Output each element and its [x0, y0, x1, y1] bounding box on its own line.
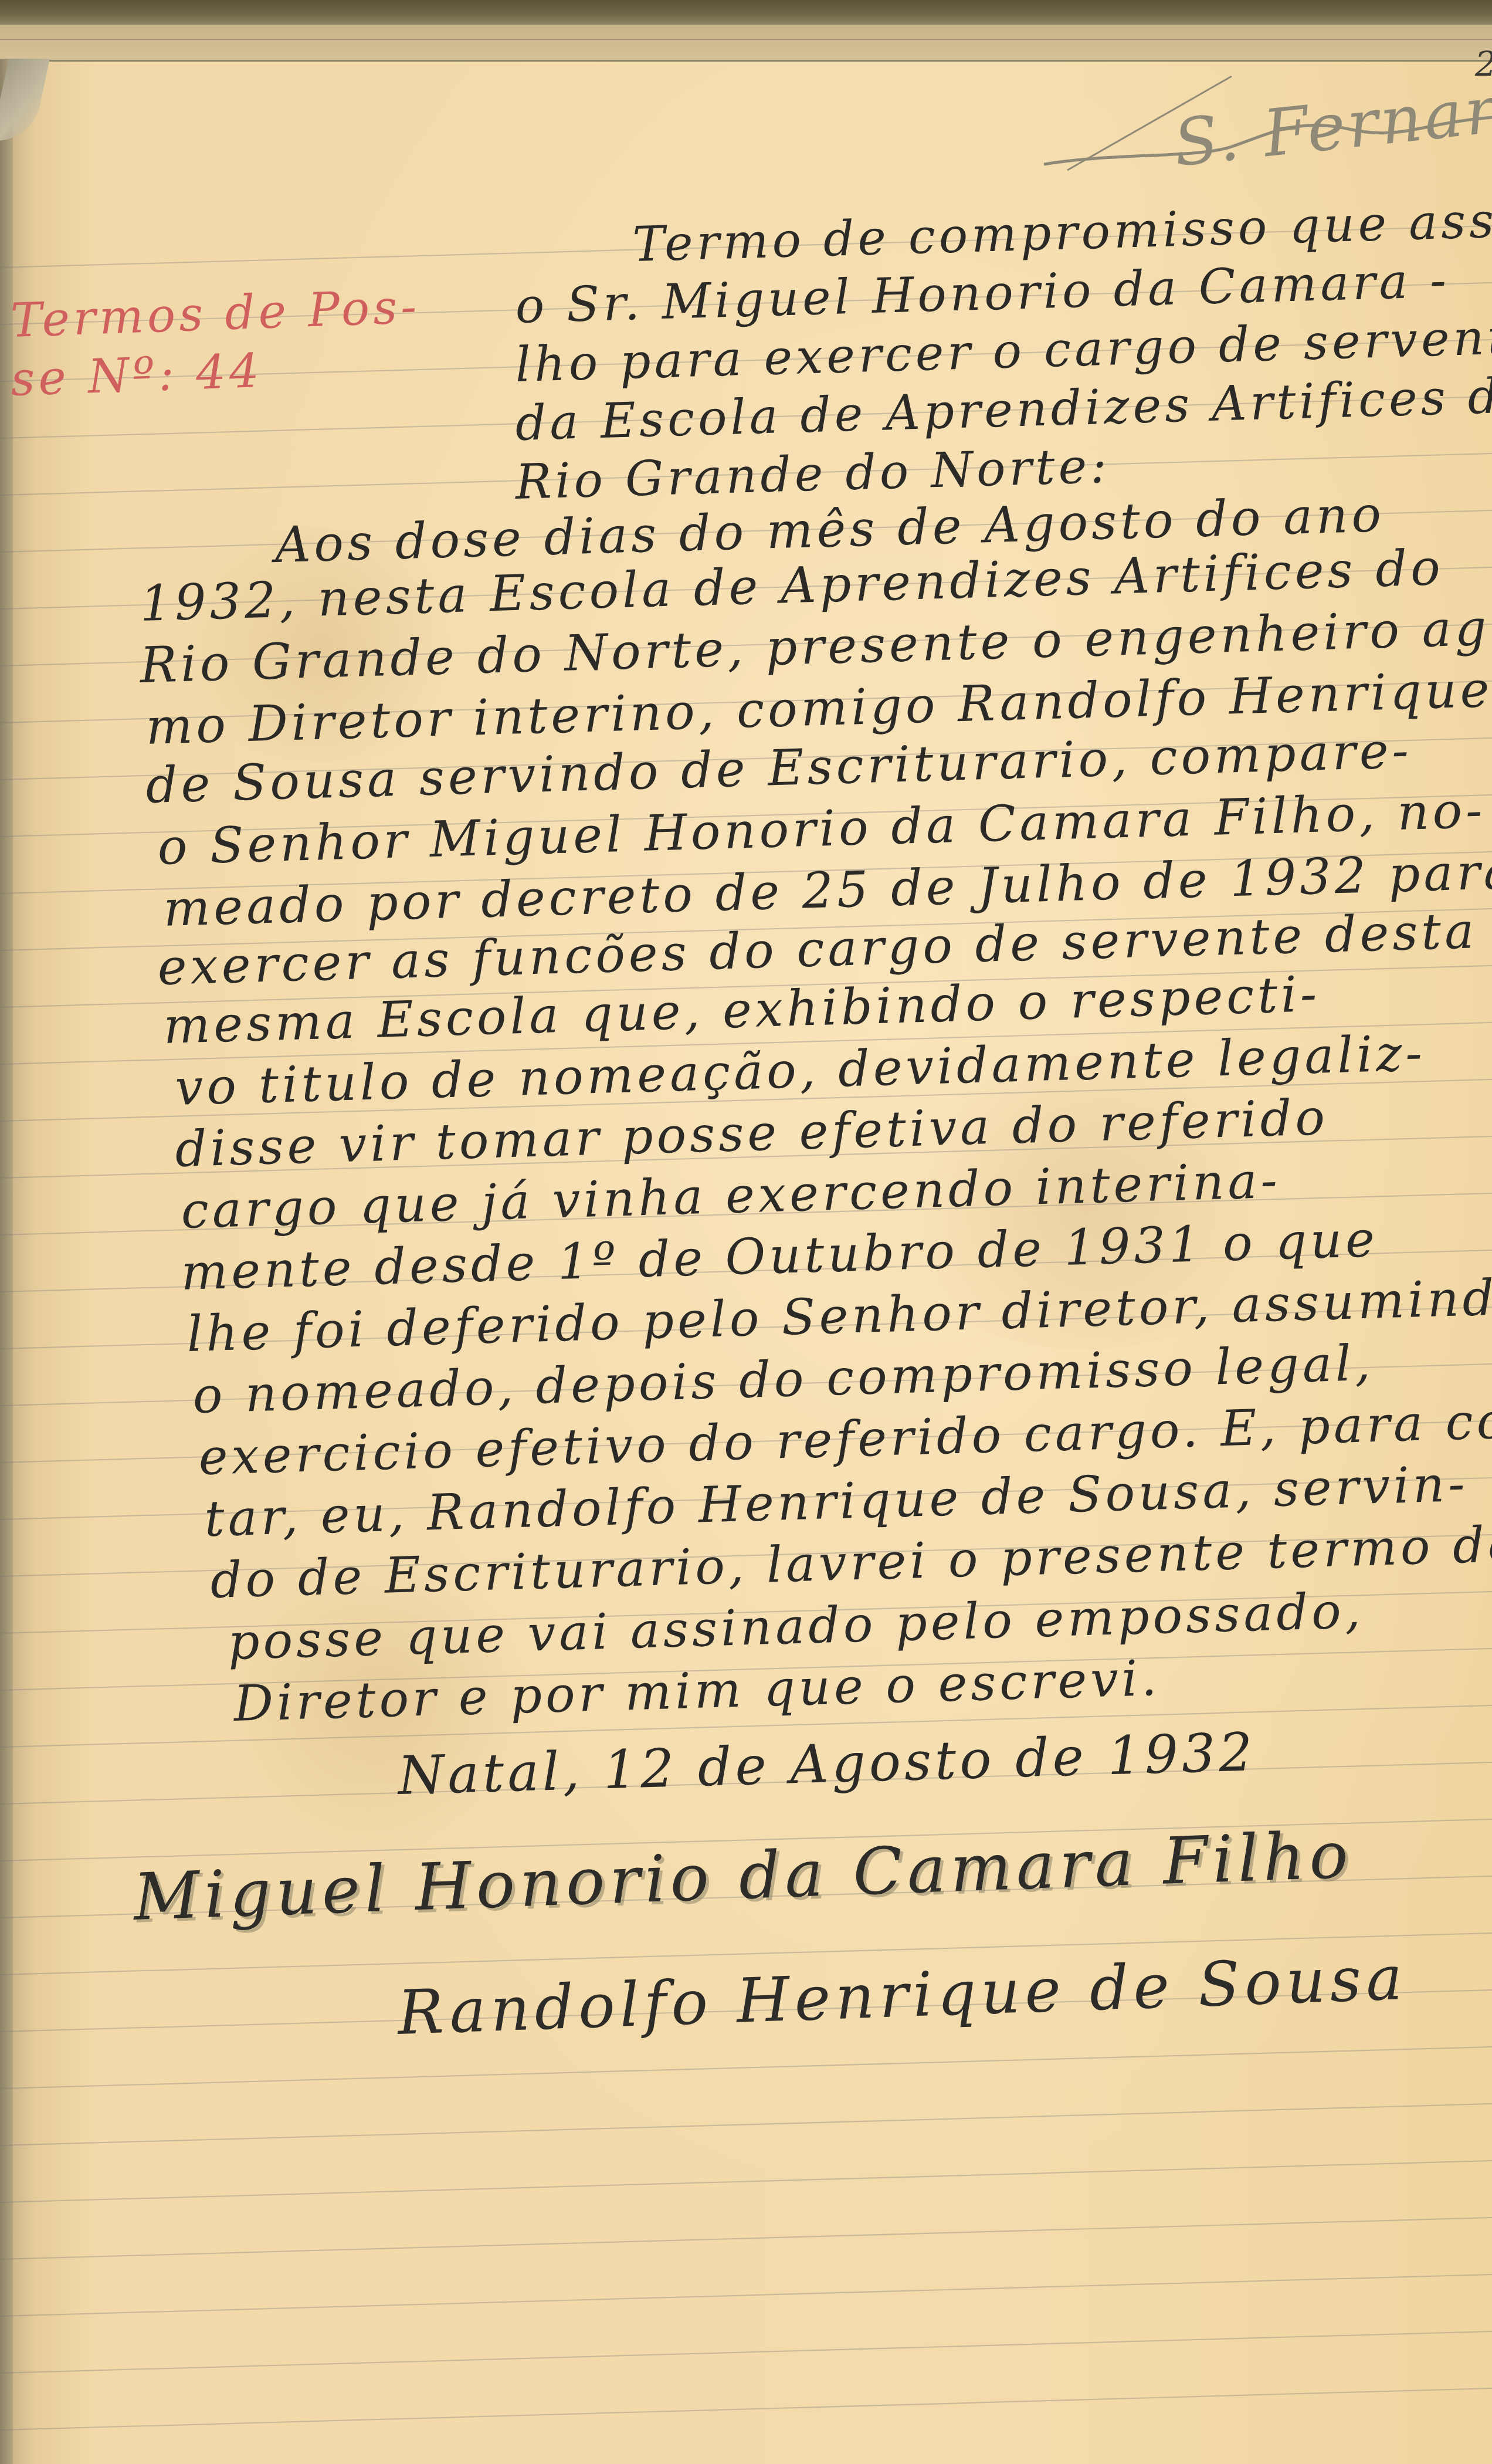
page-number: 2: [1475, 44, 1492, 84]
ledger-page: S. Fernandes 2 Termos de Pos- se Nº: 44 …: [0, 0, 1492, 2464]
book-binding-edge: [0, 0, 1492, 25]
signature-clerk: Randolfo Henrique de Sousa: [396, 1942, 1408, 2049]
signature-appointee: Miguel Honorio da Camara Filho: [133, 1817, 1354, 1935]
margin-note-line-2: se Nº: 44: [10, 343, 264, 407]
page-gutter-shadow: [0, 59, 13, 2464]
top-edge-line: [0, 39, 1492, 40]
page-corner-fold: [0, 59, 50, 141]
margin-note-line-1: Termos de Pos-: [10, 279, 421, 348]
place-date: Natal, 12 de Agosto de 1932: [397, 1721, 1257, 1807]
